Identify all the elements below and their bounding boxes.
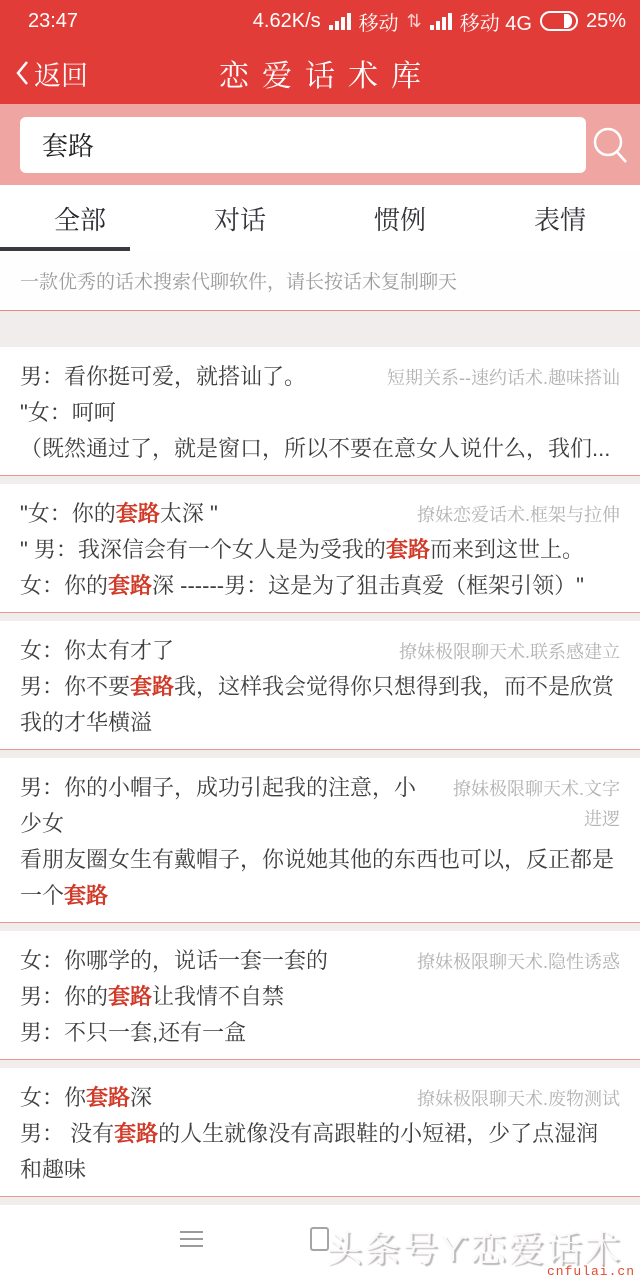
- signal-bars-icon: [329, 13, 351, 30]
- script-line: "女：呵呵: [20, 395, 620, 431]
- script-card[interactable]: 撩妹极限聊天术.文字进逻男：你的小帽子，成功引起我的注意，小少女看朋友圈女生有戴…: [0, 758, 640, 923]
- script-card[interactable]: 撩妹极限聊天术.废物测试女：你套路深男： 没有套路的人生就像没有高跟鞋的小短裙，…: [0, 1068, 640, 1197]
- script-line: 和趣味: [20, 1152, 620, 1188]
- category-tag: 撩妹极限聊天术.废物测试: [417, 1084, 620, 1114]
- script-line: （既然通过了，就是窗口，所以不要在意女人说什么，我们...: [20, 431, 620, 467]
- carrier-label: 移动: [359, 7, 399, 36]
- site-watermark: cnfulai.cn: [547, 1264, 635, 1279]
- script-line: 男：你的套路让我情不自禁: [20, 979, 620, 1015]
- category-tag: 撩妹极限聊天术.联系感建立: [399, 637, 620, 667]
- status-bar: 23:47 4.62K/s 移动 ⇅ 移动 4G 25%: [0, 0, 640, 42]
- carrier-network-label: 移动 4G: [460, 7, 532, 36]
- tab-1[interactable]: 对话: [160, 185, 320, 251]
- script-line: 我的才华横溢: [20, 705, 620, 741]
- script-card[interactable]: 撩妹恋爱话术.框架与拉伸"女：你的套路太深 "" 男：我深信会有一个女人是为受我…: [0, 484, 640, 613]
- script-card[interactable]: 短期关系--速约话术.趣味搭讪男：看你挺可爱，就搭讪了。"女：呵呵（既然通过了，…: [0, 347, 640, 476]
- search-icon: [588, 124, 632, 168]
- battery-percent: 25%: [586, 10, 626, 33]
- search-section: [0, 104, 640, 185]
- category-tag: 撩妹极限聊天术.文字进逻: [453, 774, 620, 834]
- network-speed: 4.62K/s: [253, 10, 321, 33]
- back-button[interactable]: 返回: [14, 42, 88, 104]
- script-line: 男： 没有套路的人生就像没有高跟鞋的小短裙，少了点湿润: [20, 1116, 620, 1152]
- clock: 23:47: [28, 10, 78, 33]
- category-tag: 撩妹极限聊天术.隐性诱惑: [417, 947, 620, 977]
- menu-icon[interactable]: [180, 1231, 203, 1252]
- tab-3[interactable]: 表情: [480, 185, 640, 251]
- tab-2[interactable]: 惯例: [320, 185, 480, 251]
- card-list: 短期关系--速约话术.趣味搭讪男：看你挺可爱，就搭讪了。"女：呵呵（既然通过了，…: [0, 311, 640, 1197]
- data-transfer-icon: ⇅: [407, 11, 422, 32]
- script-card[interactable]: 撩妹极限聊天术.隐性诱惑女：你哪学的，说话一套一套的男：你的套路让我情不自禁男：…: [0, 931, 640, 1060]
- tab-bar: 全部对话惯例表情: [0, 185, 640, 251]
- back-label: 返回: [34, 54, 88, 93]
- script-line: 男：不只一套,还有一盒: [20, 1015, 620, 1051]
- notice-banner: 一款优秀的话术搜索代聊软件，请长按话术复制聊天: [0, 251, 640, 311]
- page-title: 恋爱话术库: [206, 51, 434, 95]
- script-line: 一个套路: [20, 878, 620, 914]
- search-button[interactable]: [588, 124, 632, 168]
- script-line: 看朋友圈女生有戴帽子，你说她其他的东西也可以，反正都是: [20, 842, 620, 878]
- signal-bars-icon: [430, 13, 452, 30]
- script-card[interactable]: 撩妹极限聊天术.联系感建立女：你太有才了男：你不要套路我，这样我会觉得你只想得到…: [0, 621, 640, 750]
- footer: 头条号ϒ恋爱话术 cnfulai.cn: [0, 1205, 640, 1280]
- script-line: " 男：我深信会有一个女人是为受我的套路而来到这世上。: [20, 532, 620, 568]
- battery-icon: [540, 11, 578, 31]
- script-line: 男：你不要套路我，这样我会觉得你只想得到我，而不是欣赏: [20, 669, 620, 705]
- search-input[interactable]: [20, 117, 586, 173]
- chevron-left-icon: [14, 59, 30, 87]
- category-tag: 撩妹恋爱话术.框架与拉伸: [417, 500, 620, 530]
- tab-0[interactable]: 全部: [0, 185, 160, 251]
- script-line: 女：你的套路深 ------男：这是为了狙击真爱（框架引领）": [20, 568, 620, 604]
- category-tag: 短期关系--速约话术.趣味搭讪: [387, 363, 620, 393]
- nav-bar: 返回 恋爱话术库: [0, 42, 640, 104]
